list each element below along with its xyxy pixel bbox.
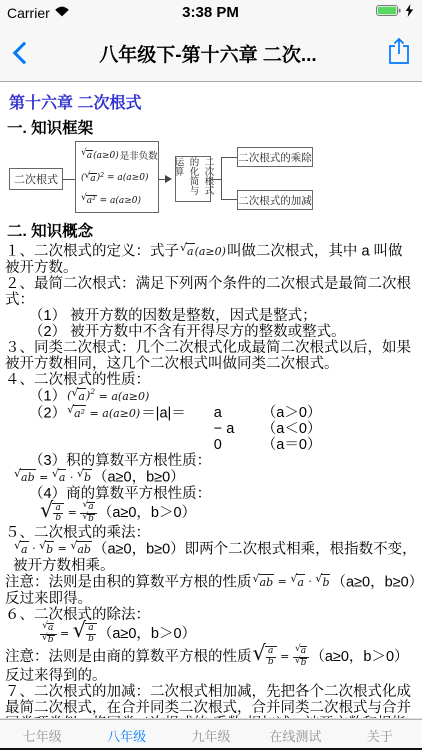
section-concepts-heading: 二. 知识概念 — [5, 219, 417, 241]
sqrt-radical: √a — [81, 150, 93, 161]
sqrt-radical: √ab — [14, 469, 36, 486]
text-run: 注意：法则是由积的算数平方根的性质 — [5, 574, 252, 590]
sqrt-squared: (√a)2 — [81, 173, 104, 184]
tab-item-2[interactable]: 八年级 — [84, 720, 168, 748]
math-formula: (√a)2 = a(a≥0) — [67, 388, 149, 405]
share-icon — [388, 37, 410, 70]
doc-paragraph: １、二次根式的定义：式子√a(a≥0)叫做二次根式，其中 a 叫做被开方数。 — [5, 243, 417, 276]
sqrt-radical: √b — [77, 469, 92, 486]
text-run: （a≥0，b＞0） — [98, 505, 196, 521]
sqrt-of-fraction: √ab — [40, 503, 64, 525]
text-run: （2） 被开方数中不含有开得尽方的整数或整式。 — [29, 324, 346, 340]
sqrt-of-fraction: √ab — [73, 623, 97, 645]
diagram-properties-box: √a(a≥0)是非负数(√a)2 = a(a≥0)√a² = a(a≥0) — [75, 141, 159, 213]
text-run: ＝|a|＝ — [141, 405, 186, 421]
math-formula: √a(a≥0) — [81, 150, 119, 161]
sqrt-radical: √b — [42, 635, 55, 646]
sqrt-radical: √a² — [81, 195, 97, 206]
battery-charging-icon — [376, 4, 402, 22]
doc-paragraph: （4）商的算数平方根性质： — [5, 486, 417, 502]
tab-bar: 七年级八年级九年级在线测试关于 — [0, 719, 422, 750]
fraction: ab — [266, 647, 276, 668]
diagram-formula-line: (√a)2 = a(a≥0) — [80, 173, 149, 184]
tab-label: 关于 — [367, 726, 393, 745]
text-run: （2） — [29, 405, 66, 421]
share-button[interactable] — [376, 31, 422, 75]
chapter-heading: 第十六章 二次根式 — [5, 90, 417, 113]
math-formula: (√a)2 = a(a≥0) — [81, 173, 148, 184]
sqrt-radical: √a — [52, 469, 67, 486]
sqrt-radical: √b — [82, 514, 95, 525]
diagram-connector — [221, 157, 222, 200]
diagram-root-box: 二次根式 — [9, 168, 63, 190]
math-formula: √a · √b = √ab — [14, 541, 92, 558]
knowledge-framework-diagram: 二次根式 √a(a≥0)是非负数(√a)2 = a(a≥0)√a² = a(a≥… — [5, 140, 417, 216]
text-run: （1） — [29, 388, 66, 404]
doc-paragraph: （1） 被开方数的因数是整数，因式是整式； — [5, 308, 417, 324]
doc-paragraph: ７、二次根式的加减：二次根式相加减，先把各个二次根式化成最简二次根式，在合并同类… — [5, 684, 417, 718]
doc-paragraph: 注意：法则是由积的算数平方根的性质√ab = √a · √b（a≥0，b≥0）反… — [5, 574, 417, 607]
doc-paragraph: ３、同类二次根式：几个二次根式化成最简二次根式以后，如果被开方数相同，这几个二次… — [5, 340, 417, 372]
doc-paragraph: √a√b = √ab（a≥0，b＞0） — [5, 623, 417, 646]
doc-paragraph: 注意：法则是由商的算数平方根的性质√ab = √a√b（a≥0，b＞0）反过来得… — [5, 646, 417, 685]
app-window: Carrier 3:38 PM — [0, 0, 422, 750]
diagram-branch-add-subtract: 二次根式的加减 — [237, 190, 313, 210]
math-formula: √ab = √a√b — [253, 646, 310, 669]
tab-item-1[interactable]: 七年级 — [0, 720, 84, 748]
fraction: √a√b — [40, 623, 57, 646]
chevron-left-icon — [13, 42, 36, 65]
concept-paragraphs: １、二次根式的定义：式子√a(a≥0)叫做二次根式，其中 a 叫做被开方数。２、… — [5, 243, 417, 718]
piecewise-case: 0（a＝0） — [186, 437, 322, 453]
fraction: ab — [86, 624, 96, 645]
math-formula: √a√b = √ab — [40, 623, 97, 646]
text-run: （a≥0，b≥0） — [93, 469, 185, 485]
section-framework-heading: 一. 知识框架 — [5, 116, 417, 138]
status-bar: Carrier 3:38 PM — [0, 0, 422, 25]
tab-item-5[interactable]: 关于 — [338, 720, 422, 748]
diagram-connector — [221, 199, 237, 200]
tab-label: 七年级 — [23, 726, 62, 745]
doc-paragraph: （2） 被开方数中不含有开得尽方的整数或整式。 — [5, 324, 417, 340]
math-formula: √a(a≥0) — [180, 243, 226, 260]
status-right — [324, 4, 422, 22]
text-run: ７、二次根式的加减：二次根式相加减，先把各个二次根式化成最简二次根式，在合并同类… — [5, 684, 411, 718]
sqrt-radical: √a — [85, 173, 97, 184]
sqrt-radical: √a — [180, 243, 195, 260]
doc-paragraph: √ab = √a√b（a≥0，b＞0） — [5, 502, 417, 525]
clock-label: 3:38 PM — [97, 4, 324, 21]
tab-item-4[interactable]: 在线测试 — [253, 720, 337, 748]
text-run: ３、同类二次根式：几个二次根式化成最简二次根式以后，如果被开方数相同，这几个二次… — [5, 340, 411, 372]
math-formula: √a² = a(a≥0) — [81, 195, 141, 206]
text-run: 注意：法则是由商的算数平方根的性质 — [5, 649, 252, 665]
wifi-icon — [54, 4, 70, 22]
piecewise-case: a（a＞0） — [186, 405, 322, 421]
sqrt-of-fraction: √ab — [253, 646, 277, 668]
document-body: 第十六章 二次根式 一. 知识框架 二次根式 √a(a≥0)是非负数(√a)2 … — [0, 82, 422, 718]
piecewise-case: − a（a＜0） — [186, 421, 322, 437]
sqrt-radical: √ab — [70, 541, 92, 558]
sqrt-radical: √a — [14, 541, 29, 558]
diagram-connector — [211, 179, 221, 180]
tab-label: 在线测试 — [269, 726, 321, 745]
piecewise-lead: （2）√a² = a(a≥0)＝|a|＝ — [29, 405, 186, 422]
tab-label: 九年级 — [192, 726, 231, 745]
carrier-label: Carrier — [7, 5, 50, 21]
nav-bar: 八年级下-第十六章 二次... — [0, 25, 422, 82]
text-run: 是非负数 — [120, 151, 158, 162]
math-formula: √ab = √a · √b — [253, 574, 331, 591]
text-run: （4）商的算数平方根性质： — [29, 486, 211, 502]
doc-paragraph: √a · √b = √ab（a≥0，b≥0）即两个二次根式相乘，根指数不变，被开… — [5, 541, 417, 574]
doc-paragraph: （2）√a² = a(a≥0)＝|a|＝a（a＞0）− a（a＜0）0（a＝0） — [5, 405, 417, 453]
fraction: √a√b — [293, 646, 310, 669]
fraction: √a√b — [80, 502, 97, 525]
diagram-middle-label: 二次根式的化简与运算 — [171, 157, 216, 201]
doc-paragraph: ２、最简二次根式：满足下列两个条件的二次根式是最简二次根式： — [5, 276, 417, 308]
piecewise-cases: a（a＞0）− a（a＜0）0（a＝0） — [186, 405, 322, 453]
doc-paragraph: ６、二次根式的除法： — [5, 607, 417, 623]
text-run: ５、二次根式的乘法： — [5, 525, 150, 541]
doc-paragraph: （3）积的算数平方根性质： — [5, 453, 417, 469]
doc-paragraph: √ab = √a · √b（a≥0，b≥0） — [5, 469, 417, 486]
sqrt-radical: √b — [295, 658, 308, 669]
sqrt-radical: √a² — [67, 405, 86, 422]
math-formula: √ab = √a√b — [40, 502, 97, 525]
back-button[interactable] — [0, 31, 40, 75]
math-formula: √a² = a(a≥0) — [67, 405, 140, 422]
document-scroll-area[interactable]: 第十六章 二次根式 一. 知识框架 二次根式 √a(a≥0)是非负数(√a)2 … — [0, 82, 422, 719]
diagram-connector — [63, 179, 75, 180]
tab-item-3[interactable]: 九年级 — [169, 720, 253, 748]
diagram-branch-multiply-divide: 二次根式的乘除 — [237, 147, 313, 167]
fraction: ab — [53, 504, 63, 525]
math-formula: √ab = √a · √b — [14, 469, 92, 486]
diagram-formula-line: √a(a≥0)是非负数 — [80, 148, 158, 162]
text-run: ２、最简二次根式：满足下列两个条件的二次根式是最简二次根式： — [5, 276, 411, 308]
sqrt-radical: √b — [315, 574, 330, 591]
text-run: １、二次根式的定义：式子 — [5, 243, 179, 259]
diagram-formula-line: √a² = a(a≥0) — [80, 195, 142, 206]
diagram-connector — [221, 157, 237, 158]
sqrt-radical: √ab — [253, 574, 275, 591]
tab-label: 八年级 — [107, 726, 146, 745]
doc-paragraph: ４、二次根式的性质： — [5, 372, 417, 388]
text-run: （1） 被开方数的因数是整数，因式是整式； — [29, 308, 317, 324]
sqrt-radical: √a — [290, 574, 305, 591]
doc-paragraph: ５、二次根式的乘法： — [5, 525, 417, 541]
lightning-icon — [405, 4, 414, 22]
diagram-middle-box: 二次根式的化简与运算 — [175, 156, 211, 202]
sqrt-radical: √b — [39, 541, 54, 558]
page-title: 八年级下-第十六章 二次... — [40, 40, 376, 67]
text-run: （a≥0，b＞0） — [98, 626, 196, 642]
